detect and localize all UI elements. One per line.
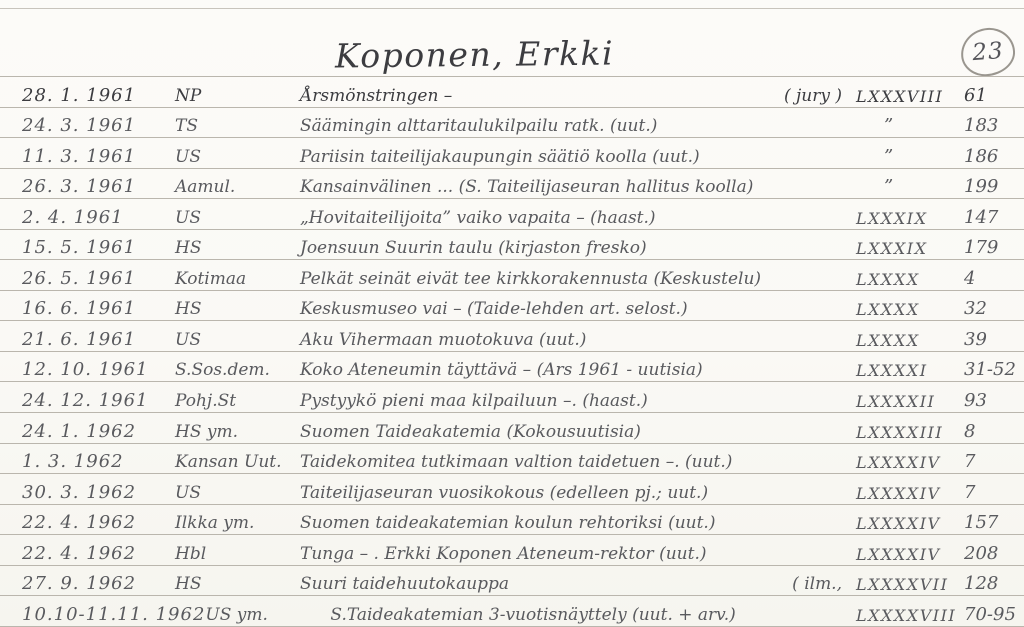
entry-description-text: Pariisin taiteilijakaupungin säätiö kool… — [300, 147, 700, 167]
entry-volume: LXXXXII — [856, 392, 964, 411]
entry-reference — [842, 299, 856, 319]
entry-description: Pelkät seinät eivät tee kirkkorakennusta… — [300, 269, 856, 289]
entry-volume: LXXXXIV — [856, 514, 964, 533]
entry-page: 61 — [964, 85, 1024, 106]
entry-reference — [842, 483, 856, 503]
entry-page: 128 — [964, 573, 1024, 594]
entry-page: 31-52 — [964, 359, 1024, 380]
table-row: 11. 3. 1961 US Pariisin taiteilijakaupun… — [0, 138, 1024, 169]
entry-volume: LXXXXIII — [856, 423, 964, 442]
table-row: 26. 5. 1961 Kotimaa Pelkät seinät eivät … — [0, 260, 1024, 291]
entry-page: 7 — [964, 482, 1024, 503]
entry-page: 186 — [964, 146, 1024, 167]
entry-source: HS ym. — [175, 422, 300, 442]
entry-source: Ilkka ym. — [175, 513, 300, 533]
entry-reference: ( jury ) — [784, 86, 856, 106]
entry-volume: LXXXX — [856, 270, 964, 289]
entry-description: Tunga – . Erkki Koponen Ateneum-rektor (… — [300, 544, 856, 564]
entry-description-text: Aku Vihermaan muotokuva (uut.) — [300, 330, 586, 350]
table-row: 10.10-11.11. 1962 US ym. S.Taideakatemia… — [0, 596, 1024, 627]
table-row: 24. 3. 1961 TS Säämingin alttaritaulukil… — [0, 108, 1024, 139]
entry-description-text: Keskusmuseo vai – (Taide-lehden art. sel… — [300, 299, 688, 319]
table-row: 1. 3. 1962 Kansan Uut. Taidekomitea tutk… — [0, 444, 1024, 475]
entry-description-text: S.Taideakatemian 3-vuotisnäyttely (uut. … — [330, 605, 735, 625]
table-row: 26. 3. 1961 Aamul. Kansainvälinen ... (S… — [0, 169, 1024, 200]
entry-reference — [842, 452, 856, 472]
entry-reference — [842, 177, 856, 197]
entry-volume: LXXXIX — [856, 209, 964, 228]
entry-reference — [842, 208, 856, 228]
entry-source: NP — [175, 86, 300, 106]
table-row: 28. 1. 1961 NP Årsmönstringen – ( jury )… — [0, 77, 1024, 108]
card-header: Koponen, Erkki 23 — [0, 8, 1024, 76]
entry-date: 26. 5. 1961 — [0, 268, 175, 289]
entry-source: HS — [175, 238, 300, 258]
entry-source: HS — [175, 574, 300, 594]
entry-date: 1. 3. 1962 — [0, 451, 175, 472]
entry-description-text: Suomen Taideakatemia (Kokousuutisia) — [300, 422, 641, 442]
entry-volume: LXXXXVII — [856, 575, 964, 594]
entry-volume: LXXXXVIII — [856, 606, 964, 625]
entry-date: 26. 3. 1961 — [0, 176, 175, 197]
entry-volume: LXXXXIV — [856, 453, 964, 472]
entry-description: Keskusmuseo vai – (Taide-lehden art. sel… — [300, 299, 856, 319]
entry-source: TS — [175, 116, 300, 136]
entry-description: Pariisin taiteilijakaupungin säätiö kool… — [300, 147, 856, 167]
entry-description: Kansainvälinen ... (S. Taiteilijaseuran … — [300, 177, 856, 197]
entry-description: Årsmönstringen – ( jury ) — [300, 86, 856, 106]
entry-date: 27. 9. 1962 — [0, 573, 175, 594]
entry-page: 208 — [964, 543, 1024, 564]
entry-reference — [842, 513, 856, 533]
entry-page: 199 — [964, 176, 1024, 197]
entry-description-text: Tunga – . Erkki Koponen Ateneum-rektor (… — [300, 544, 706, 564]
entry-page: 70-95 — [964, 604, 1024, 625]
card-number: 23 — [971, 38, 1004, 66]
entry-reference: ( ilm., — [792, 574, 856, 594]
entry-reference — [842, 360, 856, 380]
entry-date: 2. 4. 1961 — [0, 207, 175, 228]
card-number-badge: 23 — [959, 26, 1016, 78]
entry-reference — [842, 330, 856, 350]
entry-source: US ym. — [205, 605, 330, 625]
entry-page: 39 — [964, 329, 1024, 350]
table-row: 16. 6. 1961 HS Keskusmuseo vai – (Taide-… — [0, 291, 1024, 322]
entry-reference — [842, 422, 856, 442]
entry-description-text: Kansainvälinen ... (S. Taiteilijaseuran … — [300, 177, 753, 197]
entry-description-text: Årsmönstringen – — [300, 86, 452, 106]
table-row: 12. 10. 1961 S.Sos.dem. Koko Ateneumin t… — [0, 352, 1024, 383]
entry-description-text: Taidekomitea tutkimaan valtion taidetuen… — [300, 452, 732, 472]
table-row: 24. 1. 1962 HS ym. Suomen Taideakatemia … — [0, 413, 1024, 444]
entry-date: 15. 5. 1961 — [0, 237, 175, 258]
entry-date: 12. 10. 1961 — [0, 359, 175, 380]
entry-volume: LXXXVIII — [856, 87, 964, 106]
entry-volume: ” — [856, 146, 964, 167]
entry-source: US — [175, 330, 300, 350]
entry-date: 21. 6. 1961 — [0, 329, 175, 350]
entry-date: 16. 6. 1961 — [0, 298, 175, 319]
table-row: 22. 4. 1962 Ilkka ym. Suomen taideakatem… — [0, 505, 1024, 536]
entry-description: S.Taideakatemian 3-vuotisnäyttely (uut. … — [330, 605, 856, 625]
entry-reference — [842, 544, 856, 564]
entry-description-text: „Hovitaiteilijoita” vaiko vapaita – (haa… — [300, 208, 656, 228]
entry-date: 10.10-11.11. 1962 — [0, 604, 205, 625]
entry-source: HS — [175, 299, 300, 319]
entry-reference — [842, 391, 856, 411]
entry-source: US — [175, 483, 300, 503]
entry-source: Kansan Uut. — [175, 452, 300, 472]
entry-description-text: Koko Ateneumin täyttävä – (Ars 1961 - uu… — [300, 360, 703, 380]
entry-description: Koko Ateneumin täyttävä – (Ars 1961 - uu… — [300, 360, 856, 380]
table-row: 22. 4. 1962 Hbl Tunga – . Erkki Koponen … — [0, 535, 1024, 566]
entry-description: Joensuun Suurin taulu (kirjaston fresko) — [300, 238, 856, 258]
table-row: 15. 5. 1961 HS Joensuun Suurin taulu (ki… — [0, 230, 1024, 261]
entry-date: 24. 12. 1961 — [0, 390, 175, 411]
entry-volume: LXXXX — [856, 300, 964, 319]
entry-description-text: Pelkät seinät eivät tee kirkkorakennusta… — [300, 269, 761, 289]
entry-description: Suomen Taideakatemia (Kokousuutisia) — [300, 422, 856, 442]
entry-page: 147 — [964, 207, 1024, 228]
entry-description: „Hovitaiteilijoita” vaiko vapaita – (haa… — [300, 208, 856, 228]
entry-volume: LXXXXI — [856, 361, 964, 380]
entry-date: 24. 1. 1962 — [0, 421, 175, 442]
entry-source: Pohj.St — [175, 391, 300, 411]
entry-reference — [842, 605, 856, 625]
entry-page: 4 — [964, 268, 1024, 289]
table-row: 2. 4. 1961 US „Hovitaiteilijoita” vaiko … — [0, 199, 1024, 230]
card-title: Koponen, Erkki — [335, 34, 614, 76]
entry-description-text: Joensuun Suurin taulu (kirjaston fresko) — [300, 238, 647, 258]
entry-date: 30. 3. 1962 — [0, 482, 175, 503]
entry-source: US — [175, 147, 300, 167]
entry-date: 22. 4. 1962 — [0, 512, 175, 533]
entry-page: 32 — [964, 298, 1024, 319]
entry-description-text: Suomen taideakatemian koulun rehtoriksi … — [300, 513, 715, 533]
entry-volume: LXXXX — [856, 331, 964, 350]
entry-description-text: Säämingin alttaritaulukilpailu ratk. (uu… — [300, 116, 657, 136]
entry-reference — [842, 147, 856, 167]
entry-reference — [842, 238, 856, 258]
entry-volume: LXXXIX — [856, 239, 964, 258]
entry-page: 93 — [964, 390, 1024, 411]
entry-volume: LXXXXIV — [856, 484, 964, 503]
entry-source: US — [175, 208, 300, 228]
entry-source: Aamul. — [175, 177, 300, 197]
entry-volume: ” — [856, 176, 964, 197]
entry-page: 7 — [964, 451, 1024, 472]
entry-description: Aku Vihermaan muotokuva (uut.) — [300, 330, 856, 350]
entry-page: 157 — [964, 512, 1024, 533]
entry-source: S.Sos.dem. — [175, 360, 300, 380]
entry-date: 24. 3. 1961 — [0, 115, 175, 136]
index-card: Koponen, Erkki 23 28. 1. 1961 NP Årsmöns… — [0, 0, 1024, 627]
entry-description-text: Pystyykö pieni maa kilpailuun –. (haast.… — [300, 391, 648, 411]
table-row: 21. 6. 1961 US Aku Vihermaan muotokuva (… — [0, 321, 1024, 352]
entry-reference — [842, 269, 856, 289]
entry-description: Pystyykö pieni maa kilpailuun –. (haast.… — [300, 391, 856, 411]
entry-source: Kotimaa — [175, 269, 300, 289]
entry-reference — [842, 116, 856, 136]
entry-date: 22. 4. 1962 — [0, 543, 175, 564]
entry-description: Taiteilijaseuran vuosikokous (edelleen p… — [300, 483, 856, 503]
entry-volume: LXXXXIV — [856, 545, 964, 564]
entry-description: Säämingin alttaritaulukilpailu ratk. (uu… — [300, 116, 856, 136]
entry-volume: ” — [856, 115, 964, 136]
entry-page: 8 — [964, 421, 1024, 442]
table-row: 27. 9. 1962 HS Suuri taidehuutokauppa ( … — [0, 566, 1024, 597]
entry-description: Suomen taideakatemian koulun rehtoriksi … — [300, 513, 856, 533]
entry-date: 11. 3. 1961 — [0, 146, 175, 167]
entry-description: Suuri taidehuutokauppa ( ilm., — [300, 574, 856, 594]
entry-description: Taidekomitea tutkimaan valtion taidetuen… — [300, 452, 856, 472]
entry-source: Hbl — [175, 544, 300, 564]
entry-page: 179 — [964, 237, 1024, 258]
table-row: 30. 3. 1962 US Taiteilijaseuran vuosikok… — [0, 474, 1024, 505]
entry-description-text: Taiteilijaseuran vuosikokous (edelleen p… — [300, 483, 708, 503]
table-row: 24. 12. 1961 Pohj.St Pystyykö pieni maa … — [0, 382, 1024, 413]
entry-page: 183 — [964, 115, 1024, 136]
entry-date: 28. 1. 1961 — [0, 85, 175, 106]
entry-description-text: Suuri taidehuutokauppa — [300, 574, 509, 594]
entries-table: 28. 1. 1961 NP Årsmönstringen – ( jury )… — [0, 76, 1024, 627]
